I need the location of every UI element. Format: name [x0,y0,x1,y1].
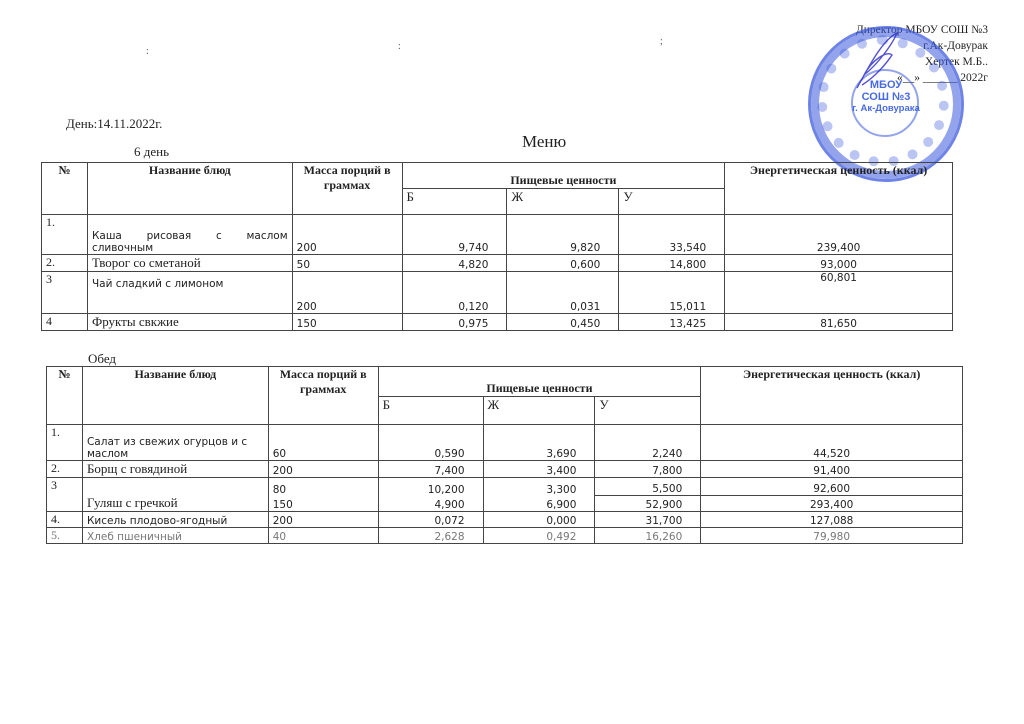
menu-title: Меню [522,132,566,152]
row-no: 1. [47,425,83,461]
dish-protein: 0,120 [402,272,507,314]
dish-fat: 0,031 [507,272,619,314]
dish-name: Каша рисовая с маслом сливочным [87,215,292,255]
col-header-energy: Энергетическая ценность (ккал) [725,163,953,215]
dish-carbs: 33,540 [619,215,725,255]
col-header-carbs: У [595,397,701,425]
dish-carbs: 7,800 [595,461,701,478]
dish-fat: 0,492 [483,528,595,544]
row-no: 4 [42,314,88,331]
dish-energy: 44,520 [701,425,963,461]
scan-mark: : [398,41,401,52]
dish-fat-2: 6,900 [483,496,595,512]
dish-protein: 7,400 [378,461,483,478]
menu-day: 6 день [134,144,169,160]
col-header-name: Название блюд [87,163,292,215]
col-header-mass: Масса порций в граммах [292,163,402,215]
col-header-mass: Масса порций в граммах [268,367,378,425]
dish-name: Хлеб пшеничный [82,528,268,544]
dish-carbs: 16,260 [595,528,701,544]
col-header-fat: Ж [483,397,595,425]
dish-protein-2: 4,900 [378,496,483,512]
row-no: 3 [42,272,88,314]
scan-mark: ; [660,36,663,47]
dish-carbs: 14,800 [619,255,725,272]
table-row: 5. Хлеб пшеничный 40 2,628 0,492 16,260 … [47,528,963,544]
dish-carbs: 2,240 [595,425,701,461]
dish-mass: 50 [292,255,402,272]
row-no: 2. [42,255,88,272]
table-row: 4. Кисель плодово-ягодный 200 0,072 0,00… [47,512,963,528]
stamp-line-2: СОШ №3 [811,91,961,103]
dish-energy: 81,650 [725,314,953,331]
col-header-no: № [42,163,88,215]
table-row: 2. Борщ с говядиной 200 7,400 3,400 7,80… [47,461,963,478]
dish-fat: 3,300 [483,478,595,496]
dish-carbs: 5,500 [595,478,701,496]
row-no: 4. [47,512,83,528]
dish-energy: 60,801 [725,272,953,314]
approval-name: Хертек М.Б.. [838,54,988,70]
dish-protein: 2,628 [378,528,483,544]
dish-energy: 91,400 [701,461,963,478]
lunch-table: № Название блюд Масса порций в граммах П… [46,366,963,544]
dish-fat: 0,450 [507,314,619,331]
approval-city: г.Ак-Довурак [838,38,988,54]
row-no: 2. [47,461,83,478]
dish-energy: 239,400 [725,215,953,255]
row-no: 3 [47,478,83,512]
col-header-protein: Б [378,397,483,425]
dish-protein: 9,740 [402,215,507,255]
dish-mass: 200 [268,461,378,478]
col-header-name: Название блюд [82,367,268,425]
dish-mass: 200 [292,215,402,255]
dish-mass: 80 [268,478,378,496]
approval-date: «__» ______ 2022г [838,70,988,86]
col-header-energy: Энергетическая ценность (ккал) [701,367,963,425]
dish-fat: 0,000 [483,512,595,528]
dish-protein: 10,200 [378,478,483,496]
table-row: 4 Фрукты свкжие 150 0,975 0,450 13,425 8… [42,314,953,331]
dish-energy: 93,000 [725,255,953,272]
dish-name: Гуляш с гречкой [82,478,268,512]
col-header-fat: Ж [507,189,619,215]
scan-mark: : [146,46,149,57]
dish-carbs-2: 52,900 [595,496,701,512]
dish-mass: 60 [268,425,378,461]
col-header-protein: Б [402,189,507,215]
col-header-nutrition: Пищевые ценности [378,367,701,397]
dish-energy: 127,088 [701,512,963,528]
dish-name: Фрукты свкжие [87,314,292,331]
dish-carbs: 31,700 [595,512,701,528]
col-header-carbs: У [619,189,725,215]
row-no: 1. [42,215,88,255]
dish-name: Кисель плодово-ягодный [82,512,268,528]
dish-fat: 9,820 [507,215,619,255]
dish-protein: 4,820 [402,255,507,272]
dish-mass: 40 [268,528,378,544]
breakfast-table: № Название блюд Масса порций в граммах П… [41,162,953,331]
table-row: 1. Салат из свежих огурцов и с маслом 60… [47,425,963,461]
dish-fat: 3,400 [483,461,595,478]
table-row: 3 Гуляш с гречкой 80 10,200 3,300 5,500 … [47,478,963,496]
table-row: 2. Творог со сметаной 50 4,820 0,600 14,… [42,255,953,272]
dish-fat: 3,690 [483,425,595,461]
dish-name: Салат из свежих огурцов и с маслом [82,425,268,461]
approval-director: Директор МБОУ СОШ №3 [838,22,988,38]
dish-protein: 0,072 [378,512,483,528]
dish-mass: 200 [268,512,378,528]
dish-name: Чай сладкий с лимоном [87,272,292,314]
table-row: 1. Каша рисовая с маслом сливочным 200 9… [42,215,953,255]
menu-date: День:14.11.2022г. [66,116,162,132]
dish-mass: 200 [292,272,402,314]
dish-fat: 0,600 [507,255,619,272]
dish-mass: 150 [292,314,402,331]
row-no: 5. [47,528,83,544]
approval-block: Директор МБОУ СОШ №3 г.Ак-Довурак Хертек… [838,22,988,86]
dish-energy-2: 293,400 [701,496,963,512]
dish-protein: 0,975 [402,314,507,331]
col-header-nutrition: Пищевые ценности [402,163,725,189]
col-header-no: № [47,367,83,425]
dish-name: Творог со сметаной [87,255,292,272]
dish-mass-2: 150 [268,496,378,512]
dish-energy: 92,600 [701,478,963,496]
dish-carbs: 15,011 [619,272,725,314]
dish-carbs: 13,425 [619,314,725,331]
lunch-label: Обед [88,351,116,367]
dish-name: Борщ с говядиной [82,461,268,478]
table-row: 3 Чай сладкий с лимоном 200 0,120 0,031 … [42,272,953,314]
dish-protein: 0,590 [378,425,483,461]
dish-energy: 79,980 [701,528,963,544]
stamp-line-3: г. Ак-Довурака [811,103,961,115]
